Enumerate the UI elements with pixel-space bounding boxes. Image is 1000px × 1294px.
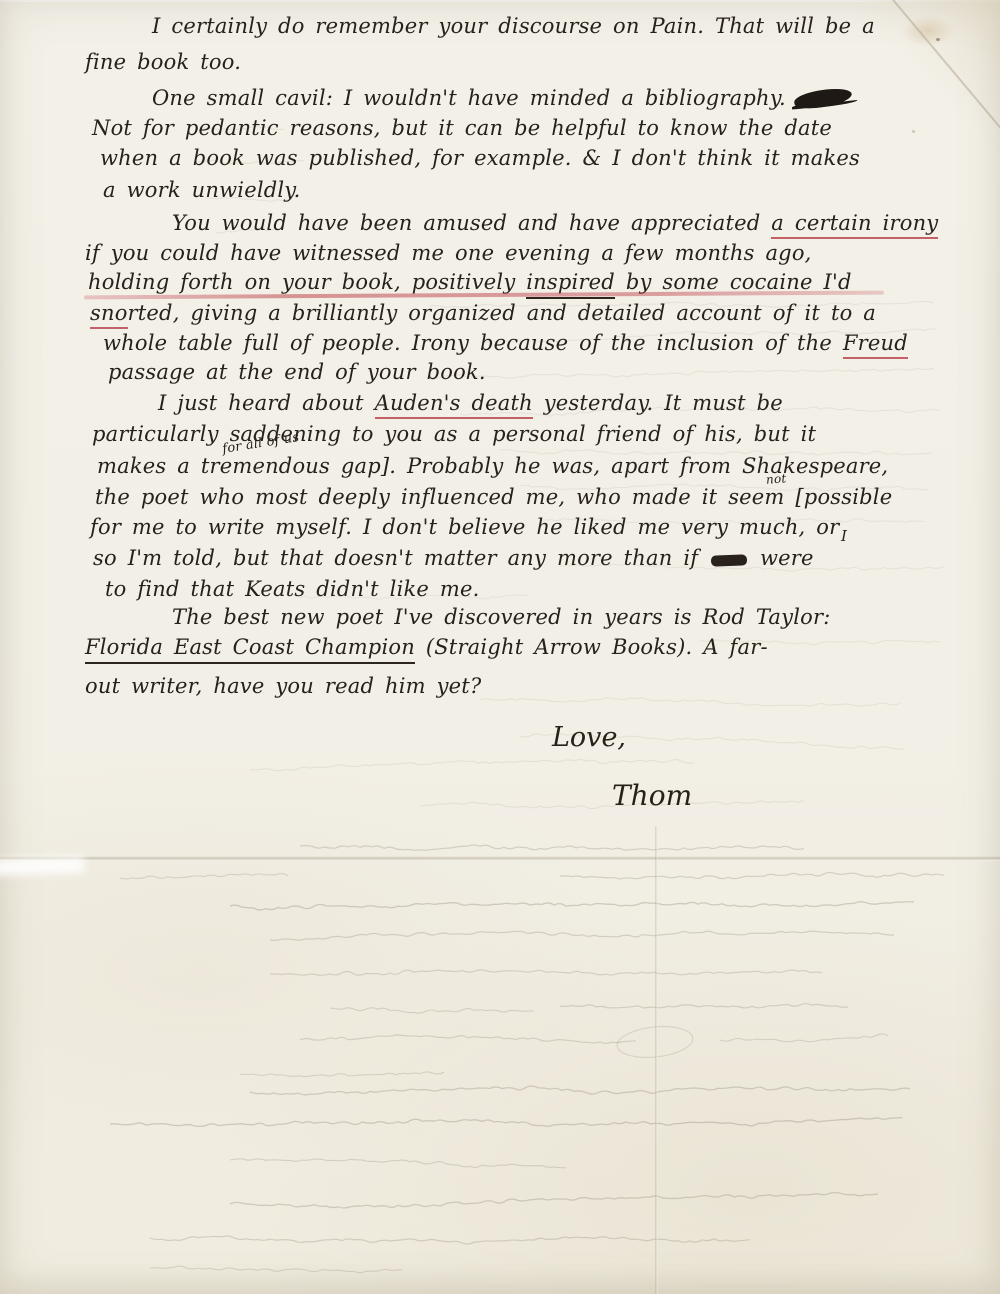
letter-text: if you could have witnessed me one eveni…: [85, 241, 812, 265]
letter-line: for me to write myself. I don't believe …: [90, 517, 839, 538]
crossed-out-word: [711, 554, 747, 566]
letter-line: snorted, giving a brilliantly organized …: [90, 303, 876, 324]
letter-line: fine book too.: [85, 52, 241, 73]
letter-line: I certainly do remember your discourse o…: [152, 16, 875, 37]
letter-line: holding forth on your book, positively i…: [88, 272, 852, 293]
letter-line: I just heard about Auden's death yesterd…: [158, 393, 783, 414]
letter-line: to find that Keats didn't like me.: [105, 579, 480, 600]
letter-line: when a book was published, for example. …: [100, 148, 860, 169]
letter-text: rted, giving a brilliantly organized and…: [128, 301, 876, 325]
letter-line: Not for pedantic reasons, but it can be …: [92, 118, 832, 139]
ink-speck: [936, 38, 940, 41]
inserted-word: I: [841, 529, 847, 544]
letter-text: fine book too.: [85, 50, 241, 74]
inserted-word: not: [766, 472, 787, 485]
red-underlined-text: sno: [90, 301, 128, 329]
letter-text: You would have been amused and have appr…: [172, 211, 771, 235]
ink-scribble: [793, 87, 853, 111]
horizontal-fold-crease: [0, 856, 1000, 861]
letter-line: One small cavil: I wouldn't have minded …: [152, 88, 852, 109]
letter-line: out writer, have you read him yet?: [85, 676, 481, 697]
letter-text: holding forth on your book, positively: [88, 270, 526, 294]
red-underlined-text: Auden's death: [375, 391, 533, 419]
signature: Thom: [612, 782, 692, 810]
letter-line: the poet who most deeply influenced me, …: [95, 487, 892, 508]
letter-text: when a book was published, for example. …: [100, 146, 860, 170]
letter-text: so I'm told, but that doesn't matter any…: [93, 546, 709, 570]
letter-text: Not for pedantic reasons, but it can be …: [92, 116, 832, 140]
letter-text: a work unwieldly.: [103, 178, 300, 202]
letter-text: for me to write myself. I don't believe …: [90, 515, 839, 539]
letter-line: so I'm told, but that doesn't matter any…: [93, 548, 814, 569]
letter-text: whole table full of people. Irony becaus…: [103, 331, 843, 355]
closing-salutation: Love,: [552, 724, 626, 751]
underlined-text: Florida East Coast Champion: [85, 635, 415, 664]
red-underlined-text: a certain irony: [771, 211, 938, 239]
vertical-fold-crease: [655, 826, 658, 1294]
letter-text: to find that Keats didn't like me.: [105, 577, 480, 601]
letter-line: a work unwieldly.: [103, 180, 300, 201]
letter-text: yesterday. It must be: [533, 391, 783, 415]
letter-text: The best new poet I've discovered in yea…: [172, 605, 830, 629]
letter-text: were: [749, 546, 814, 570]
letter-line: You would have been amused and have appr…: [172, 213, 938, 234]
letter-line: passage at the end of your book.: [108, 362, 486, 383]
letter-text: I just heard about: [158, 391, 375, 415]
paper-stain: [902, 16, 954, 46]
letter-line: The best new poet I've discovered in yea…: [172, 607, 830, 628]
letter-text: the poet who most deeply influenced me, …: [95, 485, 892, 509]
letter-text: passage at the end of your book.: [108, 360, 486, 384]
letter-text: One small cavil: I wouldn't have minded …: [152, 86, 786, 110]
letter-line: if you could have witnessed me one eveni…: [85, 243, 812, 264]
letter-scan: I certainly do remember your discourse o…: [0, 0, 1000, 1294]
letter-line: whole table full of people. Irony becaus…: [103, 333, 908, 354]
fold-highlight: [0, 856, 84, 875]
letter-text: particularly saddening to you as a perso…: [92, 422, 816, 446]
letter-line: particularly saddening to you as a perso…: [92, 424, 816, 445]
letter-line: Florida East Coast Champion (Straight Ar…: [85, 637, 768, 658]
red-underlined-text: Freud: [843, 331, 908, 359]
letter-text: out writer, have you read him yet?: [85, 674, 481, 698]
ink-speck: [912, 130, 915, 133]
letter-text: I certainly do remember your discourse o…: [152, 14, 875, 38]
letter-text: (Straight Arrow Books). A far-: [415, 635, 768, 659]
